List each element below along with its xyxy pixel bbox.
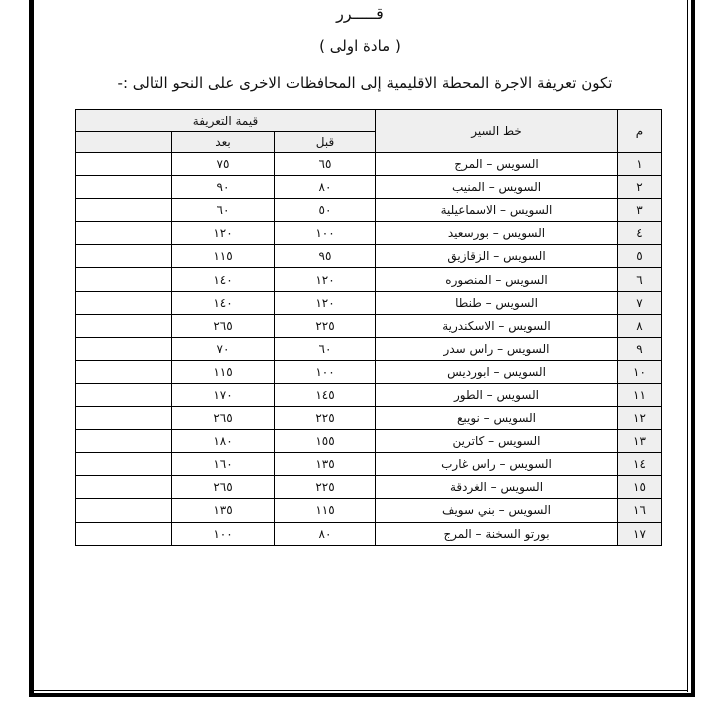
- header-number: م: [618, 110, 662, 153]
- blank-cell: [76, 222, 172, 245]
- fare-before-cell: ٨٠: [275, 522, 376, 545]
- fare-before-cell: ٦٠: [275, 337, 376, 360]
- blank-cell: [76, 176, 172, 199]
- table-row: ٥السويس – الزقازيق٩٥١١٥: [76, 245, 662, 268]
- fare-after-cell: ١١٥: [172, 245, 275, 268]
- row-number: ١٦: [618, 499, 662, 522]
- row-number: ٢: [618, 176, 662, 199]
- fare-table-body: ١السويس – المرج٦٥٧٥٢السويس – المنيب٨٠٩٠٣…: [76, 153, 662, 546]
- route-cell: بورتو السخنة – المرج: [376, 522, 618, 545]
- blank-cell: [76, 291, 172, 314]
- row-number: ١١: [618, 383, 662, 406]
- row-number: ٦: [618, 268, 662, 291]
- fare-before-cell: ١٢٠: [275, 291, 376, 314]
- header-fare-value: قيمة التعريفة: [76, 110, 376, 132]
- blank-cell: [76, 499, 172, 522]
- fare-before-cell: ١٢٠: [275, 268, 376, 291]
- page-border-bottom-inner: [34, 690, 688, 691]
- blank-cell: [76, 522, 172, 545]
- page-border-left: [29, 0, 34, 697]
- route-cell: السويس – راس سدر: [376, 337, 618, 360]
- route-cell: السويس – المرج: [376, 153, 618, 176]
- fare-before-cell: ٢٢٥: [275, 476, 376, 499]
- table-row: ١٢السويس – نويبع٢٢٥٢٦٥: [76, 407, 662, 430]
- blank-cell: [76, 453, 172, 476]
- row-number: ٩: [618, 337, 662, 360]
- route-cell: السويس – الطور: [376, 383, 618, 406]
- row-number: ٤: [618, 222, 662, 245]
- route-cell: السويس – الغردقة: [376, 476, 618, 499]
- fare-before-cell: ١٤٥: [275, 383, 376, 406]
- table-row: ١٣السويس – كاترين١٥٥١٨٠: [76, 430, 662, 453]
- fare-before-cell: ٩٥: [275, 245, 376, 268]
- route-cell: السويس – بورسعيد: [376, 222, 618, 245]
- fare-after-cell: ١٧٠: [172, 383, 275, 406]
- fare-before-cell: ٢٢٥: [275, 314, 376, 337]
- table-row: ٧السويس – طنطا١٢٠١٤٠: [76, 291, 662, 314]
- header-after: بعد: [172, 132, 275, 153]
- fare-after-cell: ١٠٠: [172, 522, 275, 545]
- fare-before-cell: ١٥٥: [275, 430, 376, 453]
- row-number: ١٣: [618, 430, 662, 453]
- fare-before-cell: ٦٥: [275, 153, 376, 176]
- fare-after-cell: ١٦٠: [172, 453, 275, 476]
- header-before: قبل: [275, 132, 376, 153]
- fare-before-cell: ٢٢٥: [275, 407, 376, 430]
- table-row: ٣السويس – الاسماعيلية٥٠٦٠: [76, 199, 662, 222]
- row-number: ١٠: [618, 360, 662, 383]
- fare-after-cell: ٢٦٥: [172, 476, 275, 499]
- fare-before-cell: ١٣٥: [275, 453, 376, 476]
- route-cell: السويس – المنصوره: [376, 268, 618, 291]
- document-title: قـــــرر: [0, 4, 720, 23]
- row-number: ١: [618, 153, 662, 176]
- fare-before-cell: ١٠٠: [275, 360, 376, 383]
- table-row: ١٤السويس – راس غارب١٣٥١٦٠: [76, 453, 662, 476]
- blank-cell: [76, 337, 172, 360]
- row-number: ٨: [618, 314, 662, 337]
- fare-before-cell: ١١٥: [275, 499, 376, 522]
- table-row: ٨السويس – الاسكندرية٢٢٥٢٦٥: [76, 314, 662, 337]
- route-cell: السويس – بني سويف: [376, 499, 618, 522]
- blank-cell: [76, 199, 172, 222]
- header-row: م خط السير قيمة التعريفة: [76, 110, 662, 132]
- route-cell: السويس – الزقازيق: [376, 245, 618, 268]
- route-cell: السويس – طنطا: [376, 291, 618, 314]
- fare-after-cell: ١٢٠: [172, 222, 275, 245]
- route-cell: السويس – الاسماعيلية: [376, 199, 618, 222]
- header-blank: [76, 132, 172, 153]
- blank-cell: [76, 407, 172, 430]
- fare-after-cell: ٢٦٥: [172, 407, 275, 430]
- page-border-bottom: [29, 693, 695, 697]
- row-number: ١٢: [618, 407, 662, 430]
- article-heading: ( مادة اولى ): [0, 37, 720, 55]
- row-number: ١٥: [618, 476, 662, 499]
- table-row: ١السويس – المرج٦٥٧٥: [76, 153, 662, 176]
- fare-after-cell: ٩٠: [172, 176, 275, 199]
- fare-after-cell: ٧٥: [172, 153, 275, 176]
- fare-before-cell: ٥٠: [275, 199, 376, 222]
- blank-cell: [76, 314, 172, 337]
- fare-after-cell: ١٣٥: [172, 499, 275, 522]
- row-number: ٥: [618, 245, 662, 268]
- table-row: ٩السويس – راس سدر٦٠٧٠: [76, 337, 662, 360]
- route-cell: السويس – ابورديس: [376, 360, 618, 383]
- fare-after-cell: ٢٦٥: [172, 314, 275, 337]
- intro-paragraph: تكون تعريفة الاجرة المحطة الاقليمية إلى …: [110, 74, 620, 92]
- fare-after-cell: ١١٥: [172, 360, 275, 383]
- row-number: ٧: [618, 291, 662, 314]
- blank-cell: [76, 360, 172, 383]
- row-number: ١٤: [618, 453, 662, 476]
- route-cell: السويس – نويبع: [376, 407, 618, 430]
- fare-after-cell: ١٤٠: [172, 291, 275, 314]
- table-row: ١٧بورتو السخنة – المرج٨٠١٠٠: [76, 522, 662, 545]
- page-border-right: [691, 0, 695, 697]
- fare-after-cell: ١٨٠: [172, 430, 275, 453]
- row-number: ٣: [618, 199, 662, 222]
- table-row: ٤السويس – بورسعيد١٠٠١٢٠: [76, 222, 662, 245]
- header-route: خط السير: [376, 110, 618, 153]
- blank-cell: [76, 268, 172, 291]
- table-row: ٦السويس – المنصوره١٢٠١٤٠: [76, 268, 662, 291]
- blank-cell: [76, 383, 172, 406]
- page-border-right-inner: [687, 0, 688, 692]
- route-cell: السويس – الاسكندرية: [376, 314, 618, 337]
- table-row: ١١السويس – الطور١٤٥١٧٠: [76, 383, 662, 406]
- fare-before-cell: ٨٠: [275, 176, 376, 199]
- route-cell: السويس – راس غارب: [376, 453, 618, 476]
- fare-before-cell: ١٠٠: [275, 222, 376, 245]
- blank-cell: [76, 153, 172, 176]
- blank-cell: [76, 476, 172, 499]
- row-number: ١٧: [618, 522, 662, 545]
- blank-cell: [76, 430, 172, 453]
- table-row: ١٥السويس – الغردقة٢٢٥٢٦٥: [76, 476, 662, 499]
- table-row: ١٦السويس – بني سويف١١٥١٣٥: [76, 499, 662, 522]
- table-row: ٢السويس – المنيب٨٠٩٠: [76, 176, 662, 199]
- table-row: ١٠السويس – ابورديس١٠٠١١٥: [76, 360, 662, 383]
- fare-after-cell: ١٤٠: [172, 268, 275, 291]
- fare-after-cell: ٦٠: [172, 199, 275, 222]
- fare-after-cell: ٧٠: [172, 337, 275, 360]
- fare-table: م خط السير قيمة التعريفة قبل بعد ١السويس…: [75, 109, 662, 546]
- blank-cell: [76, 245, 172, 268]
- route-cell: السويس – المنيب: [376, 176, 618, 199]
- route-cell: السويس – كاترين: [376, 430, 618, 453]
